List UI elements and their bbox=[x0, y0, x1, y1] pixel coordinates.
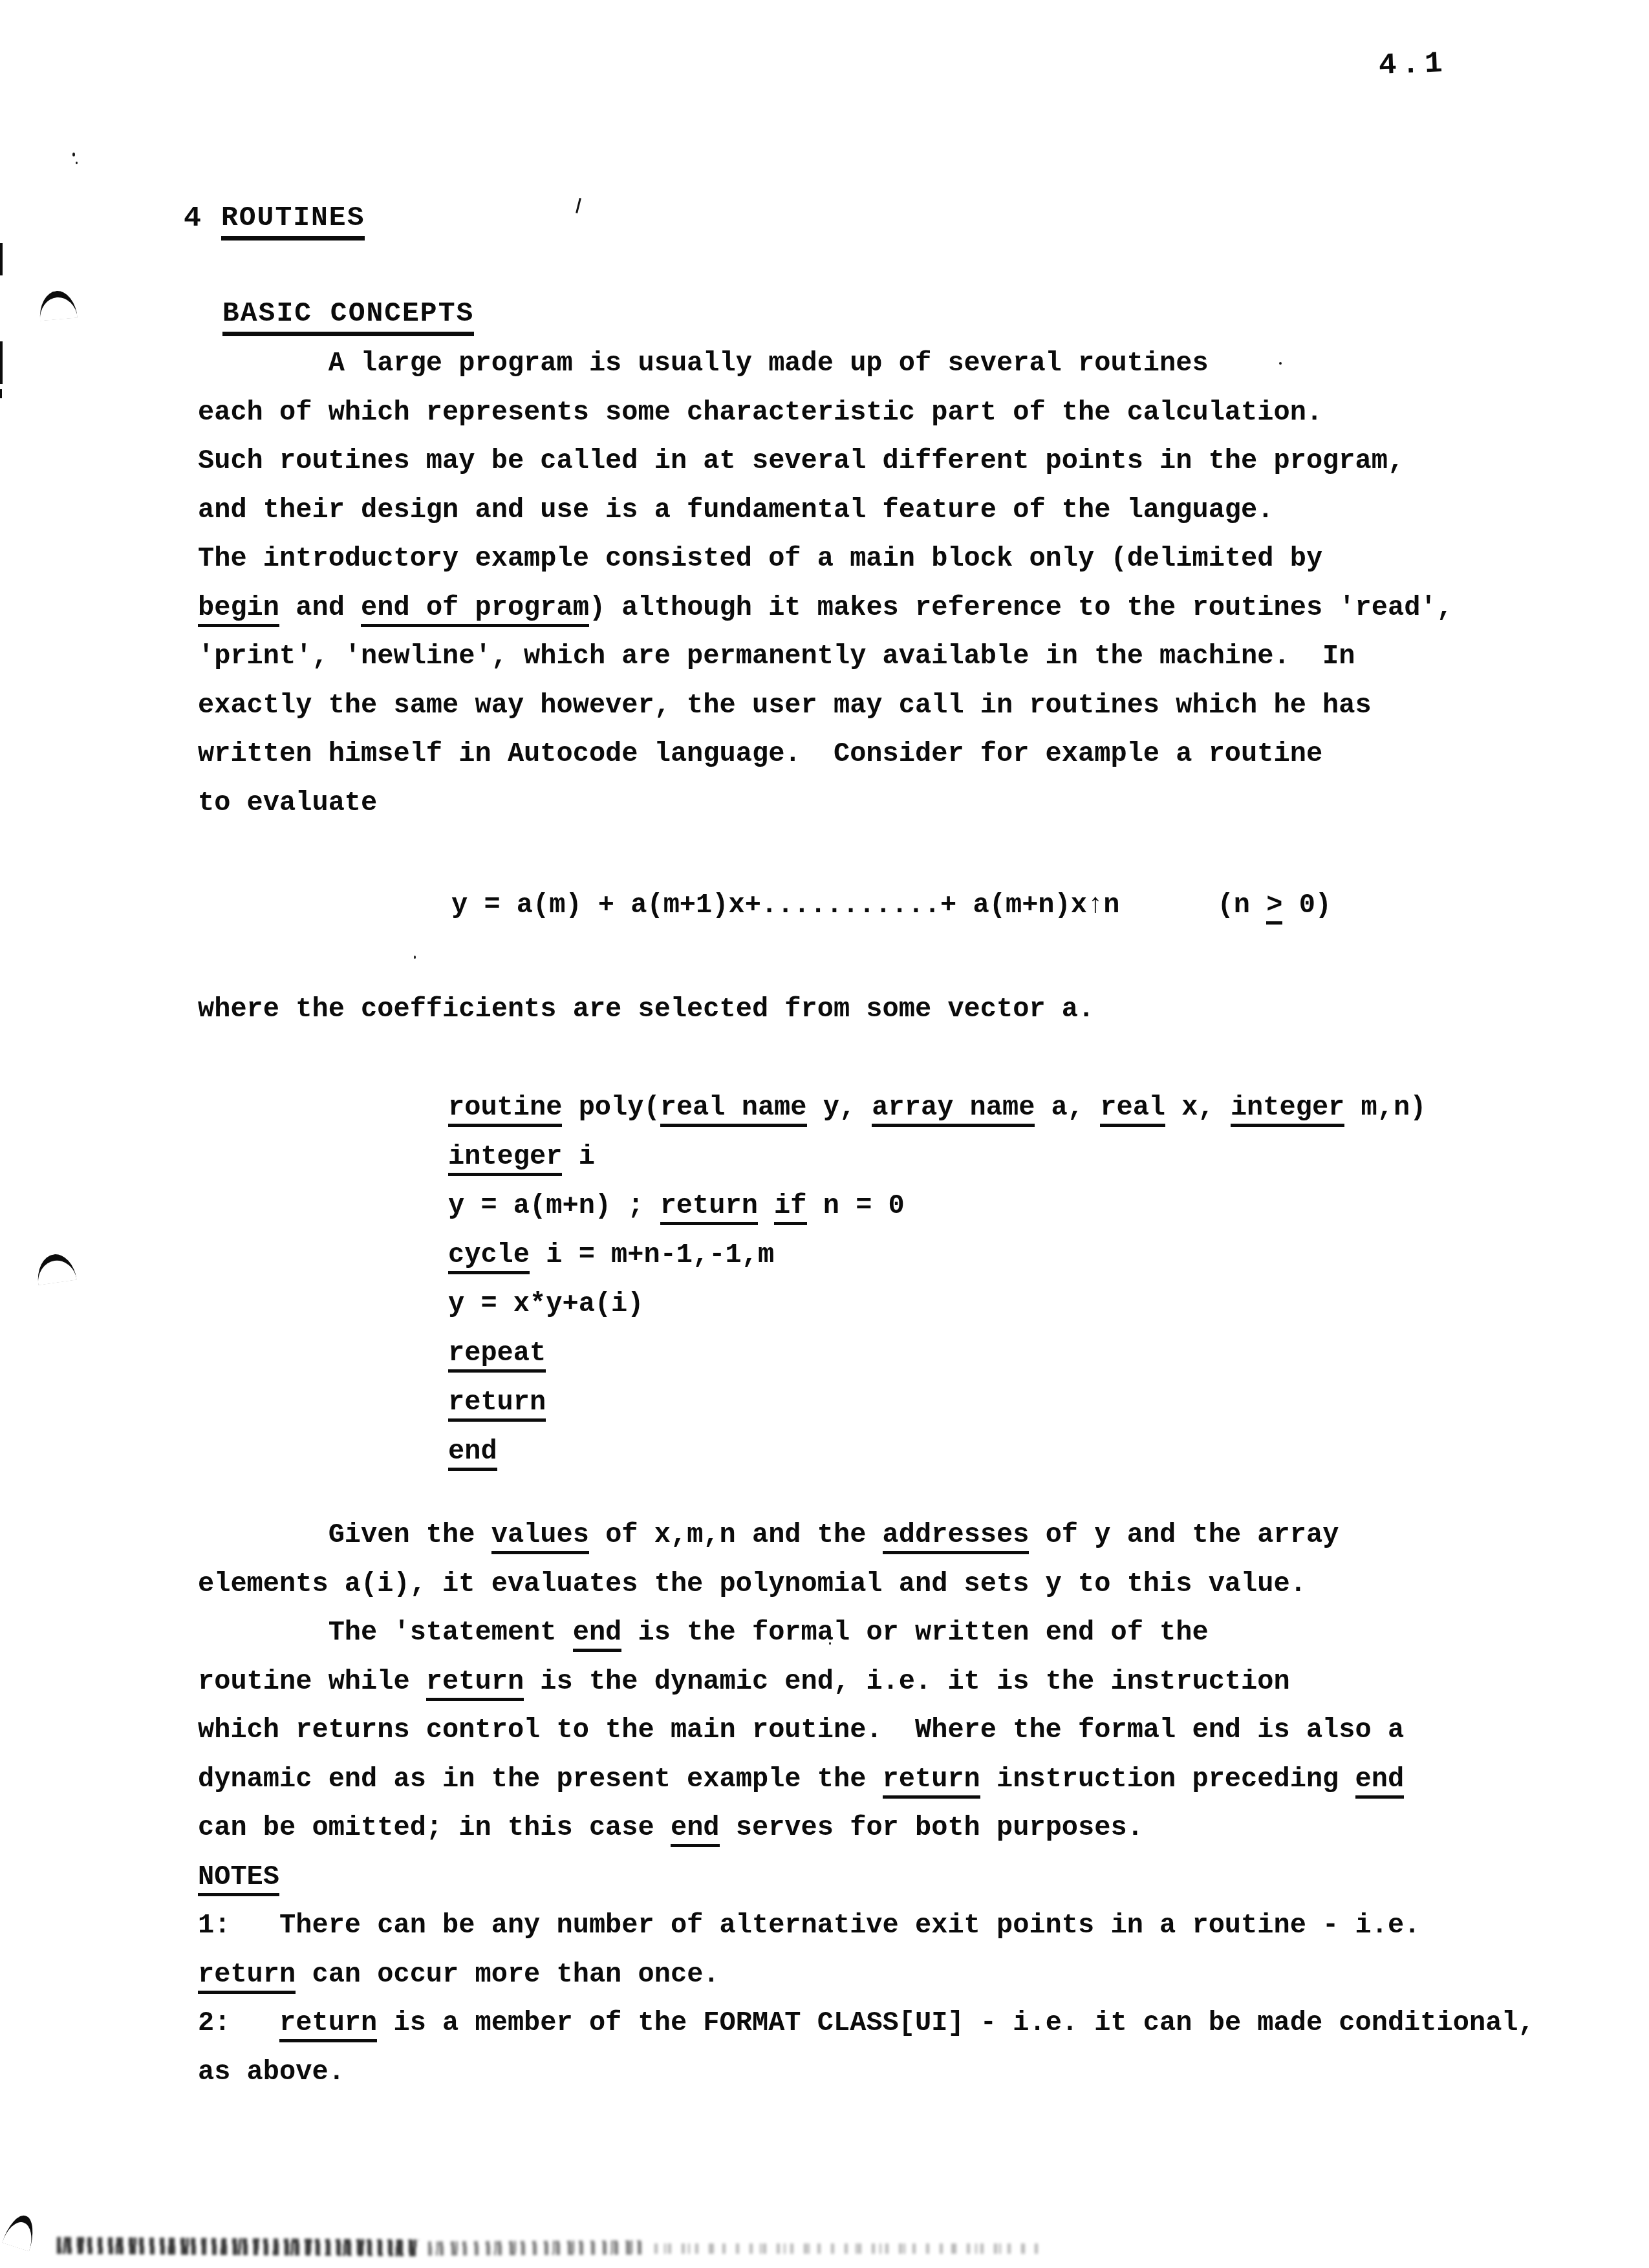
text-line: A large program is usually made up of se… bbox=[198, 339, 1453, 389]
scan-artifact-hook-mark bbox=[38, 290, 78, 321]
text-line: dynamic end as in the present example th… bbox=[198, 1755, 1535, 1804]
footer-illegible-smudge bbox=[57, 2237, 419, 2256]
scan-artifact-edge-line bbox=[0, 389, 2, 398]
subsection-heading: BASIC CONCEPTS bbox=[222, 297, 474, 336]
footer-illegible-smudge bbox=[428, 2240, 641, 2256]
scan-speck bbox=[829, 1642, 831, 1645]
text-line: Such routines may be called in at severa… bbox=[198, 437, 1453, 486]
text-line: Given the values of x,m,n and the addres… bbox=[198, 1511, 1535, 1560]
text-line: y = x*y+a(i) bbox=[448, 1279, 1426, 1329]
text-line: The 'statement end is the formal or writ… bbox=[198, 1609, 1535, 1658]
footer-illegible-smudge bbox=[654, 2243, 1042, 2254]
section-number: 4 bbox=[184, 202, 202, 235]
text-line: y = a(m) + a(m+1)x+...........+ a(m+n)x↑… bbox=[451, 881, 1331, 930]
text-line: NOTES bbox=[198, 1853, 1535, 1902]
text-line: where the coefficients are selected from… bbox=[198, 985, 1094, 1034]
page-number: 4.1 bbox=[1378, 47, 1449, 83]
scan-artifact-hook-mark bbox=[2, 2211, 39, 2251]
text-line: 'print', 'newline', which are permanentl… bbox=[198, 632, 1453, 681]
text-line: which returns control to the main routin… bbox=[198, 1706, 1535, 1755]
text-line: elements a(i), it evaluates the polynomi… bbox=[198, 1560, 1535, 1609]
scanned-document-page: 4.1 4 ROUTINES BASIC CONCEPTS A large pr… bbox=[0, 0, 1649, 2268]
text-line: as above. bbox=[198, 2048, 1535, 2097]
text-line: cycle i = m+n-1,-1,m bbox=[448, 1230, 1426, 1279]
text-line: The introductory example consisted of a … bbox=[198, 535, 1453, 584]
scan-artifact-hook-mark bbox=[34, 1252, 77, 1285]
scan-speck bbox=[414, 956, 416, 959]
text-line: exactly the same way however, the user m… bbox=[198, 681, 1453, 731]
code-listing: routine poly(real name y, array name a, … bbox=[448, 1083, 1426, 1476]
text-line: to evaluate bbox=[198, 779, 1453, 828]
section-title: ROUTINES bbox=[221, 202, 365, 241]
scan-artifact-slash-mark bbox=[576, 198, 581, 213]
text-line: and their design and use is a fundamenta… bbox=[198, 486, 1453, 535]
scan-artifact-edge-line bbox=[0, 243, 3, 275]
polynomial-equation: y = a(m) + a(m+1)x+...........+ a(m+n)x↑… bbox=[451, 881, 1331, 930]
intro-paragraph: A large program is usually made up of se… bbox=[198, 339, 1453, 828]
text-line: 2: return is a member of the FORMAT CLAS… bbox=[198, 1999, 1535, 2048]
text-line: routine while return is the dynamic end,… bbox=[198, 1658, 1535, 1707]
scan-speck bbox=[72, 153, 75, 156]
text-line: y = a(m+n) ; return if n = 0 bbox=[448, 1181, 1426, 1230]
text-line: begin and end of program) although it ma… bbox=[198, 584, 1453, 633]
text-line: routine poly(real name y, array name a, … bbox=[448, 1083, 1426, 1132]
coefficients-line: where the coefficients are selected from… bbox=[198, 985, 1094, 1034]
text-line: each of which represents some characteri… bbox=[198, 389, 1453, 438]
text-line: can be omitted; in this case end serves … bbox=[198, 1804, 1535, 1853]
scan-speck bbox=[76, 162, 78, 164]
scan-speck bbox=[1279, 362, 1282, 365]
text-line: written himself in Autocode language. Co… bbox=[198, 730, 1453, 779]
text-line: repeat bbox=[448, 1329, 1426, 1378]
text-line: return bbox=[448, 1378, 1426, 1427]
scan-artifact-edge-line bbox=[0, 341, 3, 384]
text-line: integer i bbox=[448, 1132, 1426, 1181]
text-line: return can occur more than once. bbox=[198, 1951, 1535, 2000]
text-line: end bbox=[448, 1427, 1426, 1476]
text-line: 1: There can be any number of alternativ… bbox=[198, 1901, 1535, 1951]
explanation-and-notes-paragraph: Given the values of x,m,n and the addres… bbox=[198, 1511, 1535, 2097]
